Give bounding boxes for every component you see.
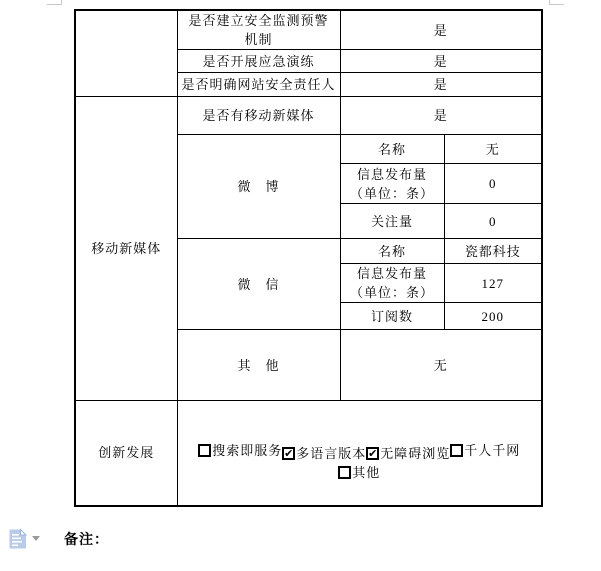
other-media-value: 无 xyxy=(340,330,542,401)
wechat-subs-value: 200 xyxy=(444,303,542,330)
security-q2-value: 是 xyxy=(340,50,542,73)
remark-label: 备注： xyxy=(64,529,109,549)
innovation-option-label: 搜索即服务 xyxy=(212,441,282,460)
security-q2-label: 是否开展应急演练 xyxy=(177,50,340,73)
checkbox-icon[interactable]: ✔ xyxy=(282,447,295,460)
security-q1-value: 是 xyxy=(340,10,542,50)
security-q1-label: 是否建立安全监测预警 机制 xyxy=(177,10,340,50)
other-media-label: 其 他 xyxy=(177,330,340,401)
page-margin-mark-top-left xyxy=(47,0,62,5)
innovation-option-1: ✔多语言版本 xyxy=(282,444,366,463)
innovation-section-label: 创新发展 xyxy=(75,401,177,506)
security-section-cell xyxy=(75,10,177,97)
weibo-posts-value: 0 xyxy=(444,164,542,204)
wechat-posts-value: 127 xyxy=(444,264,542,303)
wechat-subs-label: 订阅数 xyxy=(340,303,444,330)
innovation-option-label: 多语言版本 xyxy=(296,444,366,463)
mobile-media-section-label: 移动新媒体 xyxy=(75,97,177,401)
innovation-option-2: ✔无障碍浏览 xyxy=(366,444,450,463)
weibo-label: 微 博 xyxy=(177,135,340,239)
innovation-option-0: 搜索即服务 xyxy=(198,441,282,460)
weibo-posts-label: 信息发布量 （单位：条） xyxy=(340,164,444,204)
innovation-option-label: 其他 xyxy=(352,463,380,482)
has-mobile-media-label: 是否有移动新媒体 xyxy=(177,97,340,135)
wechat-posts-label: 信息发布量 （单位：条） xyxy=(340,264,444,303)
security-q3-label: 是否明确网站安全责任人 xyxy=(177,73,340,97)
weibo-name-value: 无 xyxy=(444,135,542,164)
annual-report-table: 是否建立安全监测预警 机制 是 是否开展应急演练 是 是否明确网站安全责任人 是… xyxy=(74,9,543,507)
innovation-option-3: 千人千网 xyxy=(450,441,520,460)
security-q3-value: 是 xyxy=(340,73,542,97)
paste-options-button[interactable] xyxy=(8,528,42,550)
innovation-option-label: 千人千网 xyxy=(464,441,520,460)
weibo-name-label: 名称 xyxy=(340,135,444,164)
document-icon[interactable] xyxy=(8,528,28,550)
innovation-options-cell: 搜索即服务✔多语言版本✔无障碍浏览千人千网其他 xyxy=(177,401,542,506)
innovation-option-4: 其他 xyxy=(338,463,380,482)
wechat-name-label: 名称 xyxy=(340,239,444,264)
wechat-label: 微 信 xyxy=(177,239,340,330)
checkbox-icon[interactable] xyxy=(338,466,351,479)
checkbox-icon[interactable] xyxy=(198,444,211,457)
weibo-followers-value: 0 xyxy=(444,204,542,239)
chevron-down-icon[interactable] xyxy=(32,536,40,541)
weibo-followers-label: 关注量 xyxy=(340,204,444,239)
has-mobile-media-value: 是 xyxy=(340,97,542,135)
page-margin-mark-top-right xyxy=(549,0,564,5)
checkbox-icon[interactable] xyxy=(450,444,463,457)
document-page: 是否建立安全监测预警 机制 是 是否开展应急演练 是 是否明确网站安全责任人 是… xyxy=(0,0,601,571)
innovation-options: 搜索即服务✔多语言版本✔无障碍浏览千人千网其他 xyxy=(178,441,542,484)
checkbox-icon[interactable]: ✔ xyxy=(366,447,379,460)
innovation-option-label: 无障碍浏览 xyxy=(380,444,450,463)
wechat-name-value: 瓷都科技 xyxy=(444,239,542,264)
